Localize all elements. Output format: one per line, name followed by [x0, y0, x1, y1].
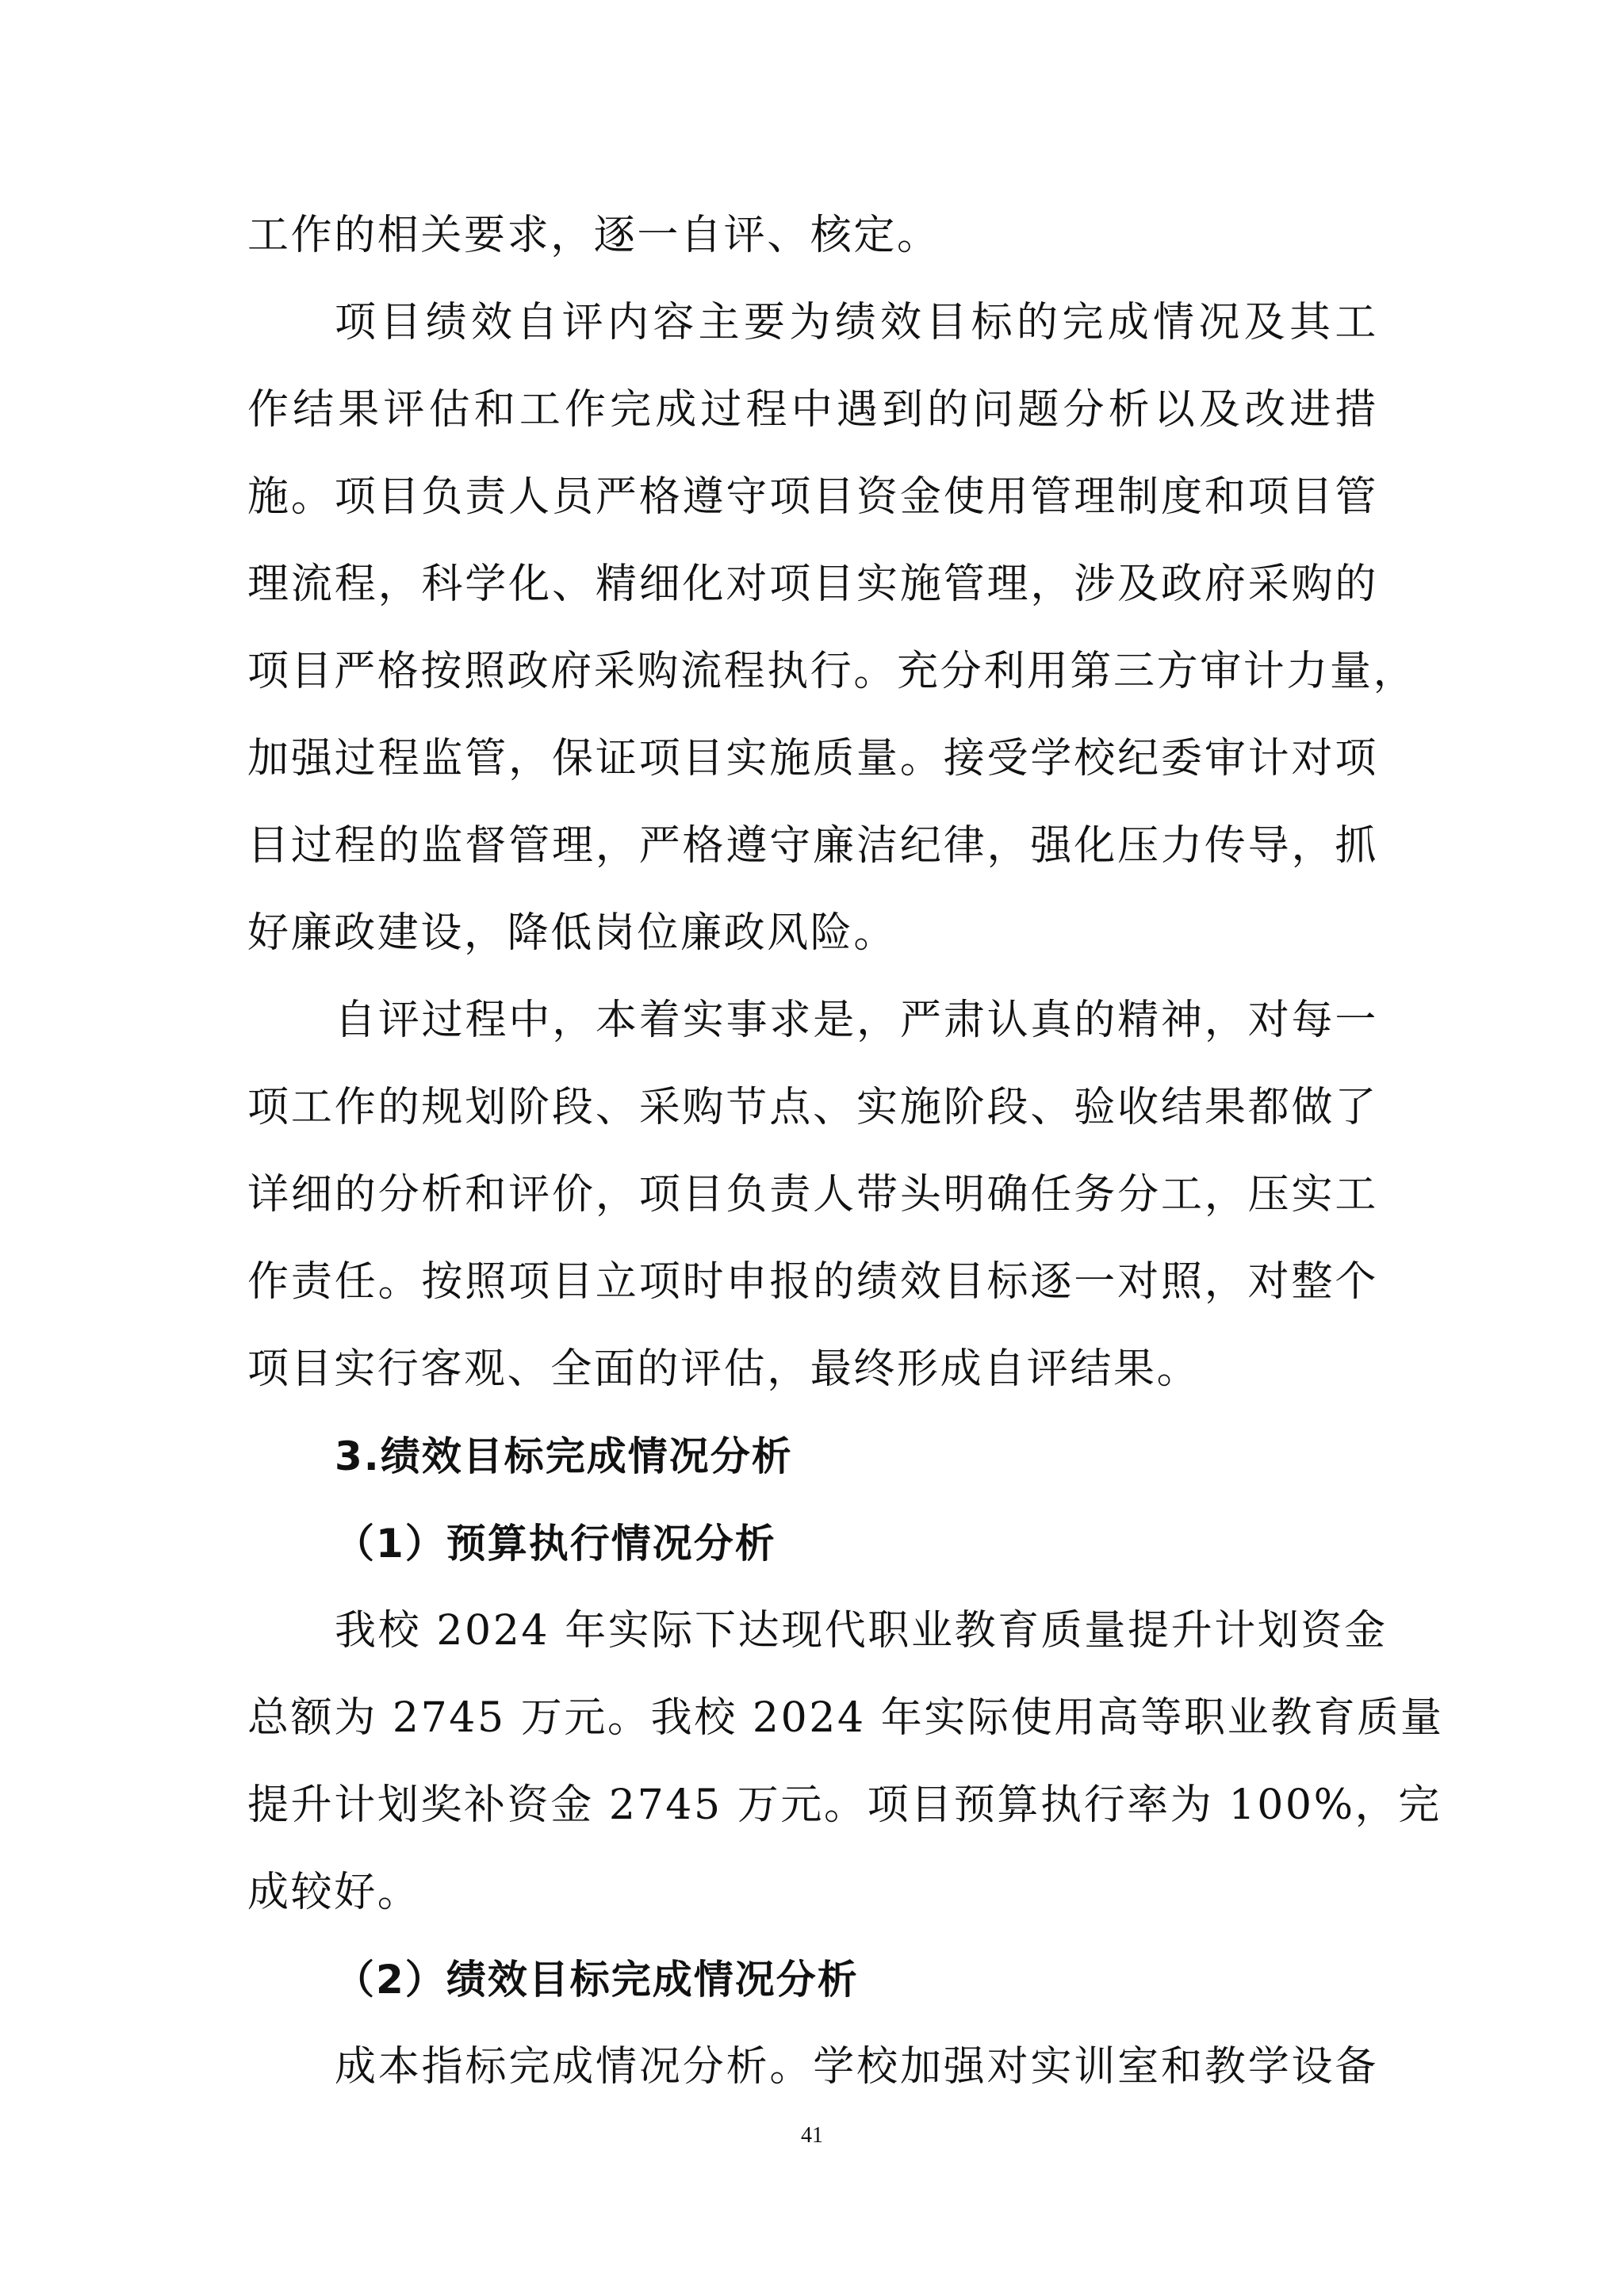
paragraph-line: 提升计划奖补资金 2745 万元。项目预算执行率为 100%，完 [247, 1762, 1378, 1849]
paragraph-line: 成较好。 [247, 1849, 420, 1936]
subsection-heading: （2）绩效目标完成情况分析 [335, 1936, 859, 2023]
document-page: 工作的相关要求，逐一自评、核定。 项目绩效自评内容主要为绩效目标的完成情况及其工… [0, 0, 1624, 2296]
page-number: 41 [0, 2123, 1624, 2149]
paragraph-line: 施。项目负责人员严格遵守项目资金使用管理制度和项目管 [247, 453, 1378, 541]
paragraph-line: 项目绩效自评内容主要为绩效目标的完成情况及其工 [335, 279, 1378, 366]
subsection-heading: （1）预算执行情况分析 [335, 1500, 776, 1587]
paragraph-line: 自评过程中，本着实事求是，严肃认真的精神，对每一 [335, 977, 1378, 1064]
paragraph-line: 作责任。按照项目立项时申报的绩效目标逐一对照，对整个 [247, 1238, 1378, 1326]
paragraph-line: 作结果评估和工作完成过程中遇到的问题分析以及改进措 [247, 366, 1378, 453]
paragraph-line: 成本指标完成情况分析。学校加强对实训室和教学设备 [335, 2023, 1378, 2110]
paragraph-line: 好廉政建设，降低岗位廉政风险。 [247, 890, 897, 977]
paragraph-line: 理流程，科学化、精细化对项目实施管理，涉及政府采购的 [247, 541, 1378, 628]
paragraph-line: 项目实行客观、全面的评估，最终形成自评结果。 [247, 1326, 1200, 1413]
section-heading: 3.绩效目标完成情况分析 [335, 1413, 793, 1500]
paragraph-line: 详细的分析和评价，项目负责人带头明确任务分工，压实工 [247, 1151, 1378, 1238]
paragraph-line: 我校 2024 年实际下达现代职业教育质量提升计划资金 [335, 1587, 1378, 1674]
paragraph-line: 项目严格按照政府采购流程执行。充分利用第三方审计力量， [247, 628, 1378, 715]
paragraph-line: 总额为 2745 万元。我校 2024 年实际使用高等职业教育质量 [247, 1674, 1378, 1762]
paragraph-line: 项工作的规划阶段、采购节点、实施阶段、验收结果都做了 [247, 1064, 1378, 1151]
paragraph-line: 工作的相关要求，逐一自评、核定。 [247, 192, 940, 279]
paragraph-line: 目过程的监督管理，严格遵守廉洁纪律，强化压力传导，抓 [247, 802, 1378, 890]
paragraph-line: 加强过程监管，保证项目实施质量。接受学校纪委审计对项 [247, 715, 1378, 802]
